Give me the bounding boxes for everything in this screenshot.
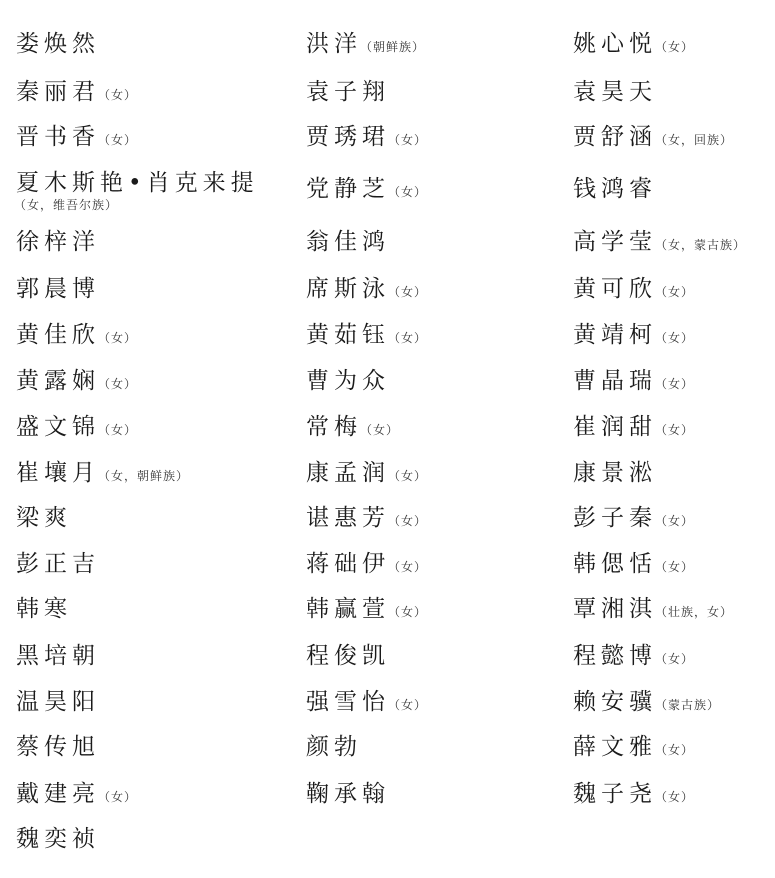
person-name: 高学莹 <box>573 229 657 255</box>
person-name: 韩偲恬 <box>573 551 657 577</box>
list-item: 钱鸿睿 <box>573 178 657 201</box>
list-item: 覃湘淇（壮族，女） <box>573 598 733 621</box>
person-name: 曹晶瑞 <box>573 368 657 394</box>
person-name: 黄茹钰 <box>306 322 390 348</box>
list-item: 席斯泳（女） <box>306 278 427 301</box>
list-item: 鞠承翰 <box>306 783 390 806</box>
person-name: 崔壤月 <box>16 460 100 486</box>
list-item: 袁子翔 <box>306 81 390 104</box>
person-note: （女，蒙古族） <box>655 238 746 252</box>
person-name: 晋书香 <box>16 124 100 150</box>
list-item: 彭正吉 <box>16 553 100 576</box>
list-item: 戴建亮（女） <box>16 783 137 806</box>
list-item: 韩寒 <box>16 598 72 621</box>
list-item: 郭晨博 <box>16 278 100 301</box>
person-name: 程懿博 <box>573 643 657 669</box>
person-note: （女） <box>655 40 694 54</box>
list-item: 袁昊天 <box>573 81 657 104</box>
person-note: （女） <box>388 469 427 483</box>
person-name: 鞠承翰 <box>306 781 390 807</box>
person-name: 娄焕然 <box>16 31 100 57</box>
list-item: 黄佳欣（女） <box>16 324 137 347</box>
person-note: （女） <box>655 652 694 666</box>
person-name: 贾舒涵 <box>573 124 657 150</box>
person-name: 戴建亮 <box>16 781 100 807</box>
list-item: 梁爽 <box>16 507 72 530</box>
person-name: 洪洋 <box>306 31 362 57</box>
list-item: 党静芝（女） <box>306 178 427 201</box>
list-item: 翁佳鸿 <box>306 231 390 254</box>
list-item: 贾琇珺（女） <box>306 126 427 149</box>
person-note: （女） <box>655 331 694 345</box>
person-name: 魏子尧 <box>573 781 657 807</box>
list-item: 常梅（女） <box>306 416 399 439</box>
person-name: 盛文锦 <box>16 414 100 440</box>
person-name: 梁爽 <box>16 505 72 531</box>
person-name: 程俊凯 <box>306 643 390 669</box>
person-note: （女） <box>655 790 694 804</box>
person-note: （女，朝鲜族） <box>98 469 189 483</box>
person-name: 韩赢萱 <box>306 596 390 622</box>
person-name: 黄佳欣 <box>16 322 100 348</box>
list-item: 黄茹钰（女） <box>306 324 427 347</box>
person-name: 曹为众 <box>306 368 390 394</box>
person-note: （女） <box>388 698 427 712</box>
list-item: 彭子秦（女） <box>573 507 694 530</box>
person-note: （女） <box>98 790 137 804</box>
person-note: （女） <box>360 423 399 437</box>
list-item: 强雪怡（女） <box>306 691 427 714</box>
person-name: 彭正吉 <box>16 551 100 577</box>
list-item: 康孟润（女） <box>306 462 427 485</box>
person-name: 康孟润 <box>306 460 390 486</box>
person-note: （女） <box>655 514 694 528</box>
list-item: 温昊阳 <box>16 691 100 714</box>
person-name: 覃湘淇 <box>573 596 657 622</box>
list-item: 盛文锦（女） <box>16 416 137 439</box>
person-name: 常梅 <box>306 414 362 440</box>
person-note: （女） <box>98 377 137 391</box>
person-note: （女） <box>655 560 694 574</box>
list-item: 魏奕祯 <box>16 828 100 851</box>
list-item: 曹为众 <box>306 370 390 393</box>
list-item: 曹晶瑞（女） <box>573 370 694 393</box>
list-item: 颜勃 <box>306 736 362 759</box>
person-name: 钱鸿睿 <box>573 176 657 202</box>
person-name: 夏木斯艳•肖克来提 <box>16 170 259 196</box>
person-note: （女） <box>655 743 694 757</box>
person-note: （女） <box>388 331 427 345</box>
person-note: （女） <box>98 133 137 147</box>
person-name: 黄露娴 <box>16 368 100 394</box>
list-item: 崔壤月（女，朝鲜族） <box>16 462 189 485</box>
person-note: （女） <box>388 185 427 199</box>
list-item: 蒋础伊（女） <box>306 553 427 576</box>
list-item: 娄焕然 <box>16 33 100 56</box>
person-name: 赖安骥 <box>573 689 657 715</box>
person-name: 韩寒 <box>16 596 72 622</box>
list-item: 程懿博（女） <box>573 645 694 668</box>
list-item: 洪洋（朝鲜族） <box>306 33 425 56</box>
list-item: 薛文雅（女） <box>573 736 694 759</box>
person-note: （女） <box>388 133 427 147</box>
person-name: 秦丽君 <box>16 79 100 105</box>
list-item: 黄露娴（女） <box>16 370 137 393</box>
person-name: 黄靖柯 <box>573 322 657 348</box>
person-name: 贾琇珺 <box>306 124 390 150</box>
list-item: 程俊凯 <box>306 645 390 668</box>
person-name: 崔润甜 <box>573 414 657 440</box>
person-name: 魏奕祯 <box>16 826 100 852</box>
list-item: 黄靖柯（女） <box>573 324 694 347</box>
list-item: 蔡传旭 <box>16 736 100 759</box>
person-note: （女） <box>655 377 694 391</box>
person-note: （壮族，女） <box>655 605 733 619</box>
list-item: 赖安骥（蒙古族） <box>573 691 720 714</box>
person-note: （女） <box>388 605 427 619</box>
person-name: 姚心悦 <box>573 31 657 57</box>
person-name: 薛文雅 <box>573 734 657 760</box>
person-name: 黄可欣 <box>573 276 657 302</box>
person-name: 温昊阳 <box>16 689 100 715</box>
person-note: （女，回族） <box>655 133 733 147</box>
list-item: 魏子尧（女） <box>573 783 694 806</box>
person-name: 康景淞 <box>573 460 657 486</box>
list-item: 秦丽君（女） <box>16 81 137 104</box>
person-note: （女） <box>388 514 427 528</box>
person-name: 徐梓洋 <box>16 229 100 255</box>
list-item: 姚心悦（女） <box>573 33 694 56</box>
list-item: 徐梓洋 <box>16 231 100 254</box>
person-note: （朝鲜族） <box>360 40 425 54</box>
list-item: 晋书香（女） <box>16 126 137 149</box>
list-item: 贾舒涵（女，回族） <box>573 126 733 149</box>
person-name: 颜勃 <box>306 734 362 760</box>
person-note: （女） <box>98 423 137 437</box>
person-name: 蔡传旭 <box>16 734 100 760</box>
person-name: 袁昊天 <box>573 79 657 105</box>
person-note: （女） <box>98 88 137 102</box>
person-name: 袁子翔 <box>306 79 390 105</box>
person-name: 郭晨博 <box>16 276 100 302</box>
person-name: 彭子秦 <box>573 505 657 531</box>
list-item: 韩赢萱（女） <box>306 598 427 621</box>
list-item: 崔润甜（女） <box>573 416 694 439</box>
list-item: 高学莹（女，蒙古族） <box>573 231 746 254</box>
person-note: （女） <box>655 423 694 437</box>
person-note: （女） <box>655 285 694 299</box>
list-item: 黑培朝 <box>16 645 100 668</box>
list-item: 谌惠芳（女） <box>306 507 427 530</box>
person-name: 谌惠芳 <box>306 505 390 531</box>
person-note: （女） <box>98 331 137 345</box>
list-item: 康景淞 <box>573 462 657 485</box>
person-note: （蒙古族） <box>655 698 720 712</box>
person-name: 党静芝 <box>306 176 390 202</box>
person-name: 席斯泳 <box>306 276 390 302</box>
person-note: （女，维吾尔族） <box>14 199 259 211</box>
list-item: 夏木斯艳•肖克来提（女，维吾尔族） <box>16 172 259 211</box>
list-item: 韩偲恬（女） <box>573 553 694 576</box>
person-name: 翁佳鸿 <box>306 229 390 255</box>
person-name: 强雪怡 <box>306 689 390 715</box>
list-item: 黄可欣（女） <box>573 278 694 301</box>
person-name: 黑培朝 <box>16 643 100 669</box>
person-name: 蒋础伊 <box>306 551 390 577</box>
person-note: （女） <box>388 285 427 299</box>
person-note: （女） <box>388 560 427 574</box>
